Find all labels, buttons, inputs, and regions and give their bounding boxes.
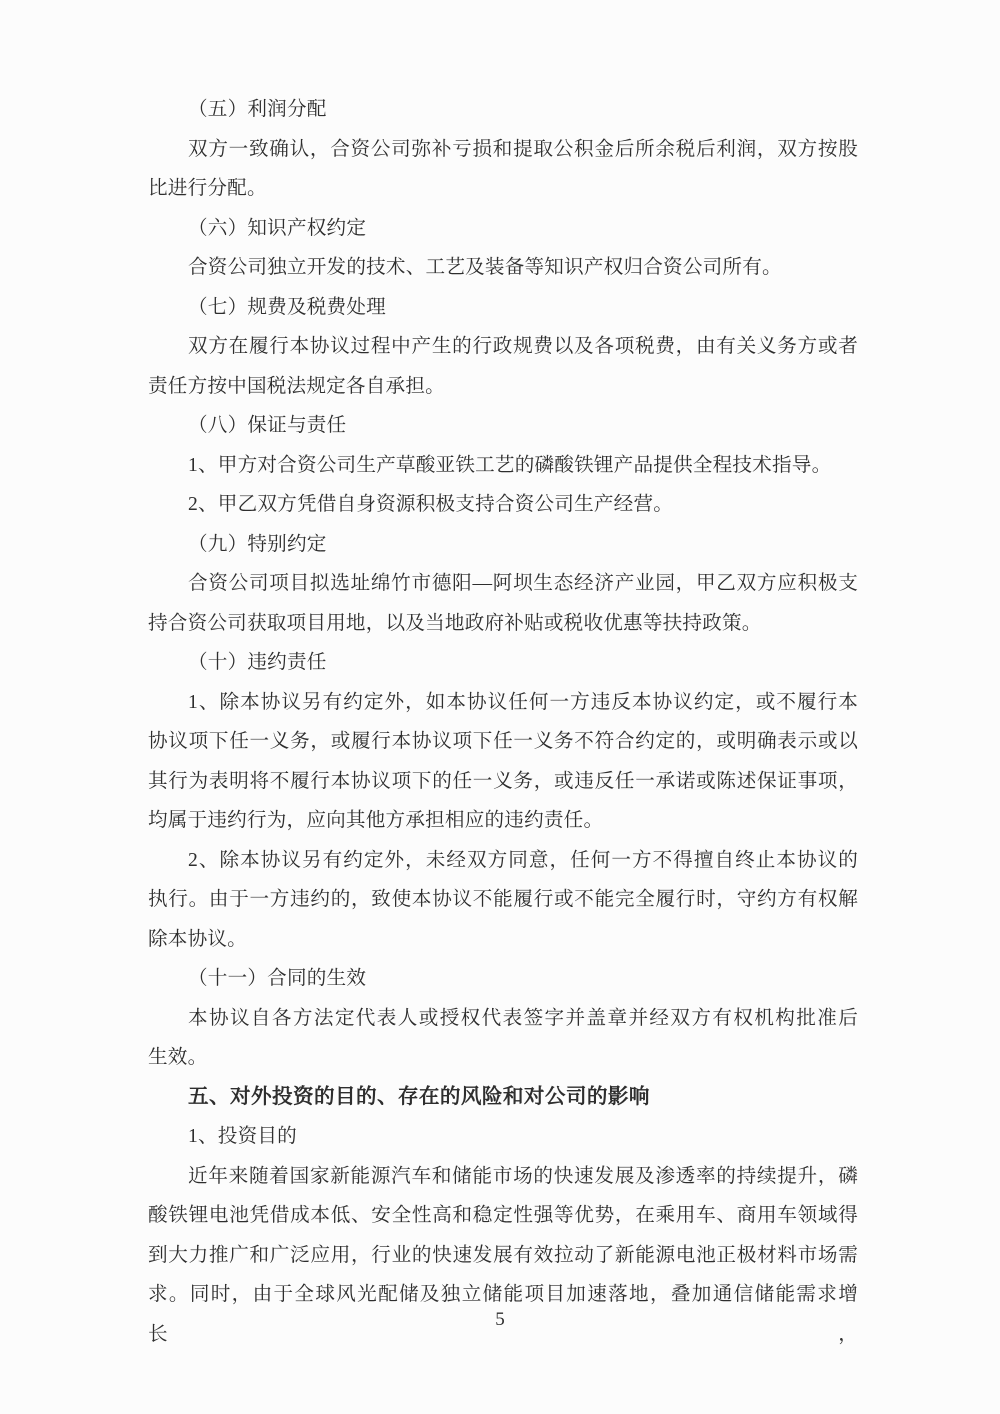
page-number: 5 (0, 1303, 1000, 1337)
body-line: 均属于违约行为，应向其他方承担相应的违约责任。 (148, 801, 858, 841)
body-line: 持合资公司获取项目用地，以及当地政府补贴或税收优惠等扶持政策。 (148, 604, 858, 644)
body-line: 执行。由于一方违约的，致使本协议不能履行或不能完全履行时，守约方有权解 (148, 880, 858, 920)
section-heading-major: 五、对外投资的目的、存在的风险和对公司的影响 (148, 1078, 858, 1118)
body-line: 合资公司项目拟选址绵竹市德阳—阿坝生态经济产业园，甲乙双方应积极支 (148, 564, 858, 604)
body-line: 本协议自各方法定代表人或授权代表签字并盖章并经双方有权机构批准后 (148, 999, 858, 1039)
section-heading: （八）保证与责任 (148, 406, 858, 446)
section-heading: 1、投资目的 (148, 1117, 858, 1157)
body-line: 酸铁锂电池凭借成本低、安全性高和稳定性强等优势，在乘用车、商用车领域得 (148, 1196, 858, 1236)
section-heading: （九）特别约定 (148, 525, 858, 565)
body-line: 比进行分配。 (148, 169, 858, 209)
body-line: 到大力推广和广泛应用，行业的快速发展有效拉动了新能源电池正极材料市场需 (148, 1236, 858, 1276)
body-line: 协议项下任一义务，或履行本协议项下任一义务不符合约定的，或明确表示或以 (148, 722, 858, 762)
body-line: 近年来随着国家新能源汽车和储能市场的快速发展及渗透率的持续提升，磷 (148, 1157, 858, 1197)
section-heading: （六）知识产权约定 (148, 209, 858, 249)
body-line: 双方一致确认，合资公司弥补亏损和提取公积金后所余税后利润，双方按股 (148, 130, 858, 170)
body-line: 2、甲乙双方凭借自身资源积极支持合资公司生产经营。 (148, 485, 858, 525)
section-heading: （七）规费及税费处理 (148, 288, 858, 328)
body-line: 2、除本协议另有约定外，未经双方同意，任何一方不得擅自终止本协议的 (148, 841, 858, 881)
document-page: （五）利润分配双方一致确认，合资公司弥补亏损和提取公积金后所余税后利润，双方按股… (0, 0, 1000, 1414)
body-line: 合资公司独立开发的技术、工艺及装备等知识产权归合资公司所有。 (148, 248, 858, 288)
document-body: （五）利润分配双方一致确认，合资公司弥补亏损和提取公积金后所余税后利润，双方按股… (148, 90, 858, 1315)
body-line: 1、除本协议另有约定外，如本协议任何一方违反本协议约定，或不履行本 (148, 683, 858, 723)
section-heading: （五）利润分配 (148, 90, 858, 130)
body-line: 其行为表明将不履行本协议项下的任一义务，或违反任一承诺或陈述保证事项， (148, 762, 858, 802)
body-line: 1、甲方对合资公司生产草酸亚铁工艺的磷酸铁锂产品提供全程技术指导。 (148, 446, 858, 486)
section-heading: （十）违约责任 (148, 643, 858, 683)
body-line: 生效。 (148, 1038, 858, 1078)
body-line: 双方在履行本协议过程中产生的行政规费以及各项税费，由有关义务方或者 (148, 327, 858, 367)
section-heading: （十一）合同的生效 (148, 959, 858, 999)
body-line: 除本协议。 (148, 920, 858, 960)
body-line: 责任方按中国税法规定各自承担。 (148, 367, 858, 407)
